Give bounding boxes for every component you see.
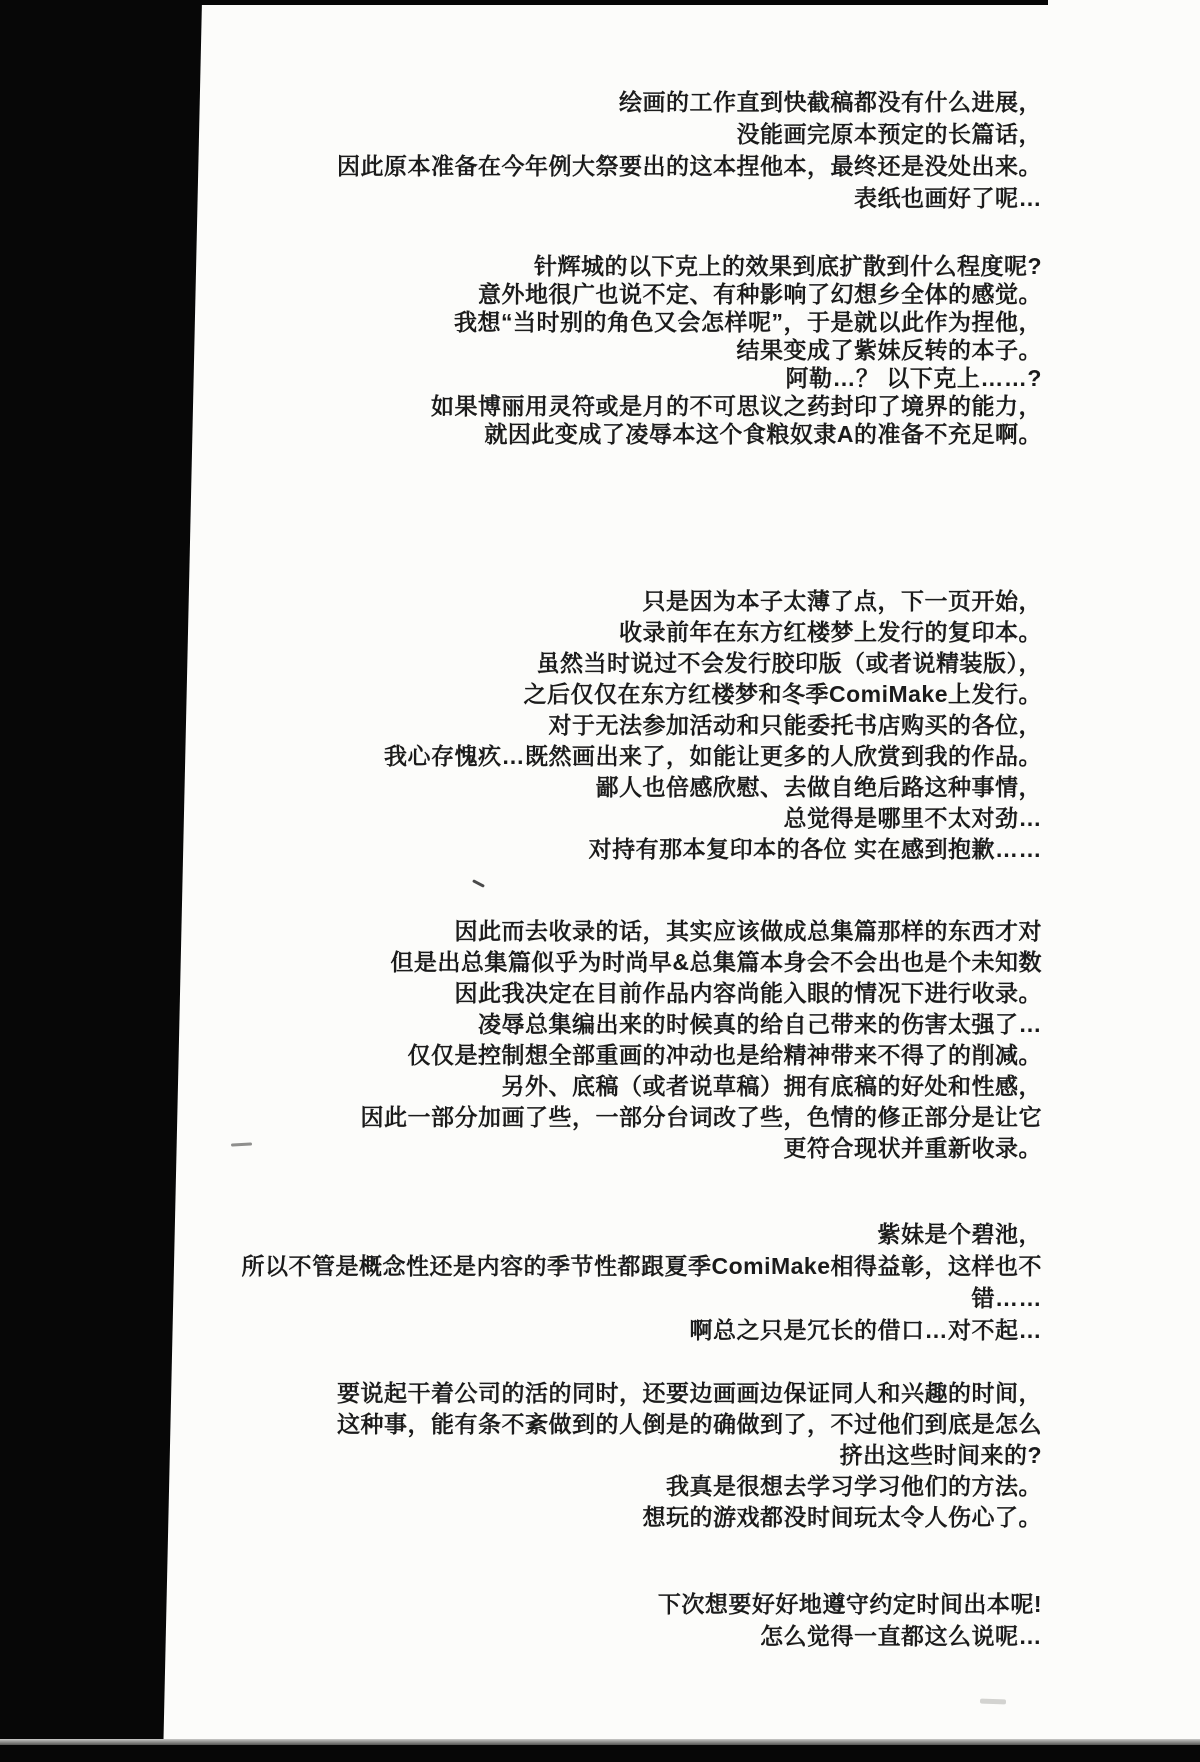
text-line: 啊总之只是冗长的借口…对不起…	[210, 1314, 1042, 1346]
text-line: 针辉城的以下克上的效果到底扩散到什么程度呢?	[210, 252, 1042, 280]
paragraph-7: 下次想要好好地遵守约定时间出本呢!怎么觉得一直都这么说呢…	[210, 1588, 1042, 1652]
text-line: 所以不管是概念性还是内容的季节性都跟夏季ComiMake相得益彰，这样也不错……	[210, 1250, 1042, 1314]
text-line: 因此原本准备在今年例大祭要出的这本捏他本，最终还是没处出来。	[210, 150, 1042, 182]
paragraph-4: 因此而去收录的话，其实应该做成总集篇那样的东西才对但是出总集篇似乎为时尚早&总集…	[210, 916, 1042, 1164]
text-line: 因此我决定在目前作品内容尚能入眼的情况下进行收录。	[210, 978, 1042, 1009]
text-line: 表纸也画好了呢…	[210, 182, 1042, 214]
text-line: 只是因为本子太薄了点，下一页开始，	[210, 586, 1042, 617]
text-line: 这种事，能有条不紊做到的人倒是的确做到了，不过他们到底是怎么	[210, 1409, 1042, 1440]
text-line: 对持有那本复印本的各位 实在感到抱歉……	[210, 834, 1042, 865]
text-line: 对于无法参加活动和只能委托书店购买的各位，	[210, 710, 1042, 741]
text-line: 挤出这些时间来的?	[210, 1440, 1042, 1471]
text-line: 要说起干着公司的活的同时，还要边画画边保证同人和兴趣的时间，	[210, 1378, 1042, 1409]
text-line: 更符合现状并重新收录。	[210, 1133, 1042, 1164]
text-line: 想玩的游戏都没时间玩太令人伤心了。	[210, 1502, 1042, 1533]
text-line: 虽然当时说过不会发行胶印版（或者说精装版），	[210, 648, 1042, 679]
text-line: 怎么觉得一直都这么说呢…	[210, 1620, 1042, 1652]
text-line: 另外、底稿（或者说草稿）拥有底稿的好处和性感，	[210, 1071, 1042, 1102]
text-line: 因此一部分加画了些，一部分台词改了些，色情的修正部分是让它	[210, 1102, 1042, 1133]
text-line: 但是出总集篇似乎为时尚早&总集篇本身会不会出也是个未知数	[210, 947, 1042, 978]
text-line: 之后仅仅在东方红楼梦和冬季ComiMake上发行。	[210, 679, 1042, 710]
text-line: 阿勒…？ 以下克上……?	[210, 364, 1042, 392]
text-line: 紫妹是个碧池，	[210, 1218, 1042, 1250]
text-line: 我心存愧疚…既然画出来了，如能让更多的人欣赏到我的作品。	[210, 741, 1042, 772]
paragraph-3: 只是因为本子太薄了点，下一页开始，收录前年在东方红楼梦上发行的复印本。虽然当时说…	[210, 586, 1042, 865]
scan-border-top	[0, 0, 1048, 5]
scanned-afterword-page: 绘画的工作直到快截稿都没有什么进展，没能画完原本预定的长篇话，因此原本准备在今年…	[0, 0, 1200, 1762]
paragraph-1: 绘画的工作直到快截稿都没有什么进展，没能画完原本预定的长篇话，因此原本准备在今年…	[210, 86, 1042, 214]
text-line: 意外地很广也说不定、有种影响了幻想乡全体的感觉。	[210, 280, 1042, 308]
text-line: 就因此变成了凌辱本这个食粮奴隶A的准备不充足啊。	[210, 420, 1042, 448]
paragraph-5: 紫妹是个碧池，所以不管是概念性还是内容的季节性都跟夏季ComiMake相得益彰，…	[210, 1218, 1042, 1346]
paragraph-2: 针辉城的以下克上的效果到底扩散到什么程度呢?意外地很广也说不定、有种影响了幻想乡…	[210, 252, 1042, 448]
text-line: 总觉得是哪里不太对劲…	[210, 803, 1042, 834]
text-line: 我真是很想去学习学习他们的方法。	[210, 1471, 1042, 1502]
text-line: 下次想要好好地遵守约定时间出本呢!	[210, 1588, 1042, 1620]
scan-artifact-smudge	[980, 1699, 1006, 1705]
text-line: 鄙人也倍感欣慰、去做自绝后路这种事情，	[210, 772, 1042, 803]
paragraph-6: 要说起干着公司的活的同时，还要边画画边保证同人和兴趣的时间，这种事，能有条不紊做…	[210, 1378, 1042, 1533]
text-line: 没能画完原本预定的长篇话，	[210, 118, 1042, 150]
text-line: 结果变成了紫妹反转的本子。	[210, 336, 1042, 364]
text-line: 收录前年在东方红楼梦上发行的复印本。	[210, 617, 1042, 648]
text-line: 因此而去收录的话，其实应该做成总集篇那样的东西才对	[210, 916, 1042, 947]
text-line: 绘画的工作直到快截稿都没有什么进展，	[210, 86, 1042, 118]
text-line: 凌辱总集编出来的时候真的给自己带来的伤害太强了…	[210, 1009, 1042, 1040]
text-line: 仅仅是控制想全部重画的冲动也是给精神带来不得了的削减。	[210, 1040, 1042, 1071]
text-line: 如果博丽用灵符或是月的不可思议之药封印了境界的能力，	[210, 392, 1042, 420]
scan-border-bottom	[0, 1745, 1200, 1762]
text-line: 我想“当时别的角色又会怎样呢”，于是就以此作为捏他，	[210, 308, 1042, 336]
